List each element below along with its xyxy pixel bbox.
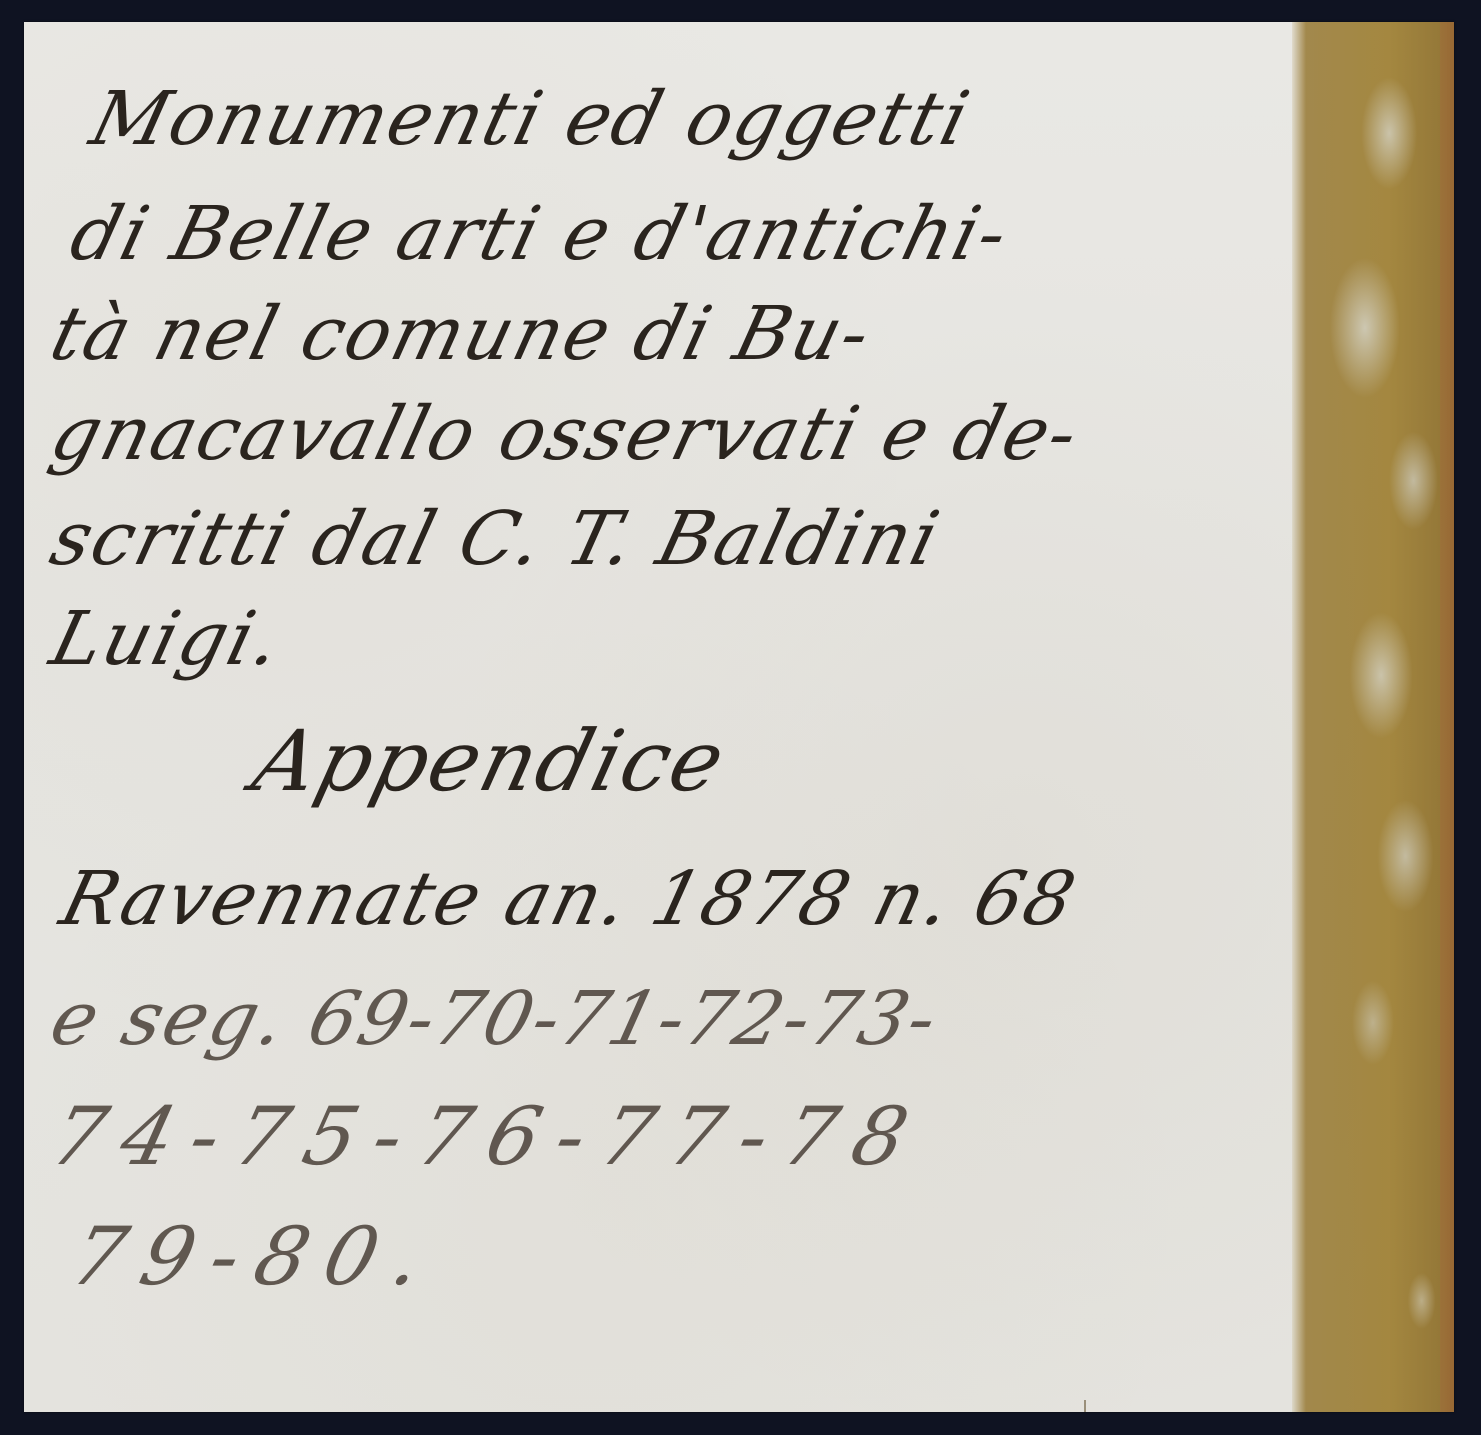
text-line-4: gnacavallo osservati e de- (44, 397, 1086, 471)
appendix-line-3: 74-75-76-77-78 (44, 1097, 933, 1177)
appendix-line-1: Ravennate an. 1878 n. 68 (54, 862, 1084, 936)
appendix-heading: Appendice (244, 712, 736, 810)
stained-edge-strip (1292, 22, 1454, 1412)
appendix-line-4: 79-80. (64, 1217, 448, 1297)
text-line-1: Monumenti ed oggetti (84, 82, 978, 156)
text-line-6: Luigi. (44, 602, 289, 676)
text-line-5: scritti dal C. T. Baldini (44, 502, 947, 576)
manuscript-page: Monumenti ed oggetti di Belle arti e d'a… (24, 22, 1454, 1412)
paper-edge-mark (1084, 1400, 1086, 1412)
text-line-3: tà nel comune di Bu- (44, 297, 879, 371)
text-line-2: di Belle arti e d'antichi- (64, 197, 1016, 271)
appendix-line-2: e seg. 69-70-71-72-73- (44, 982, 946, 1056)
